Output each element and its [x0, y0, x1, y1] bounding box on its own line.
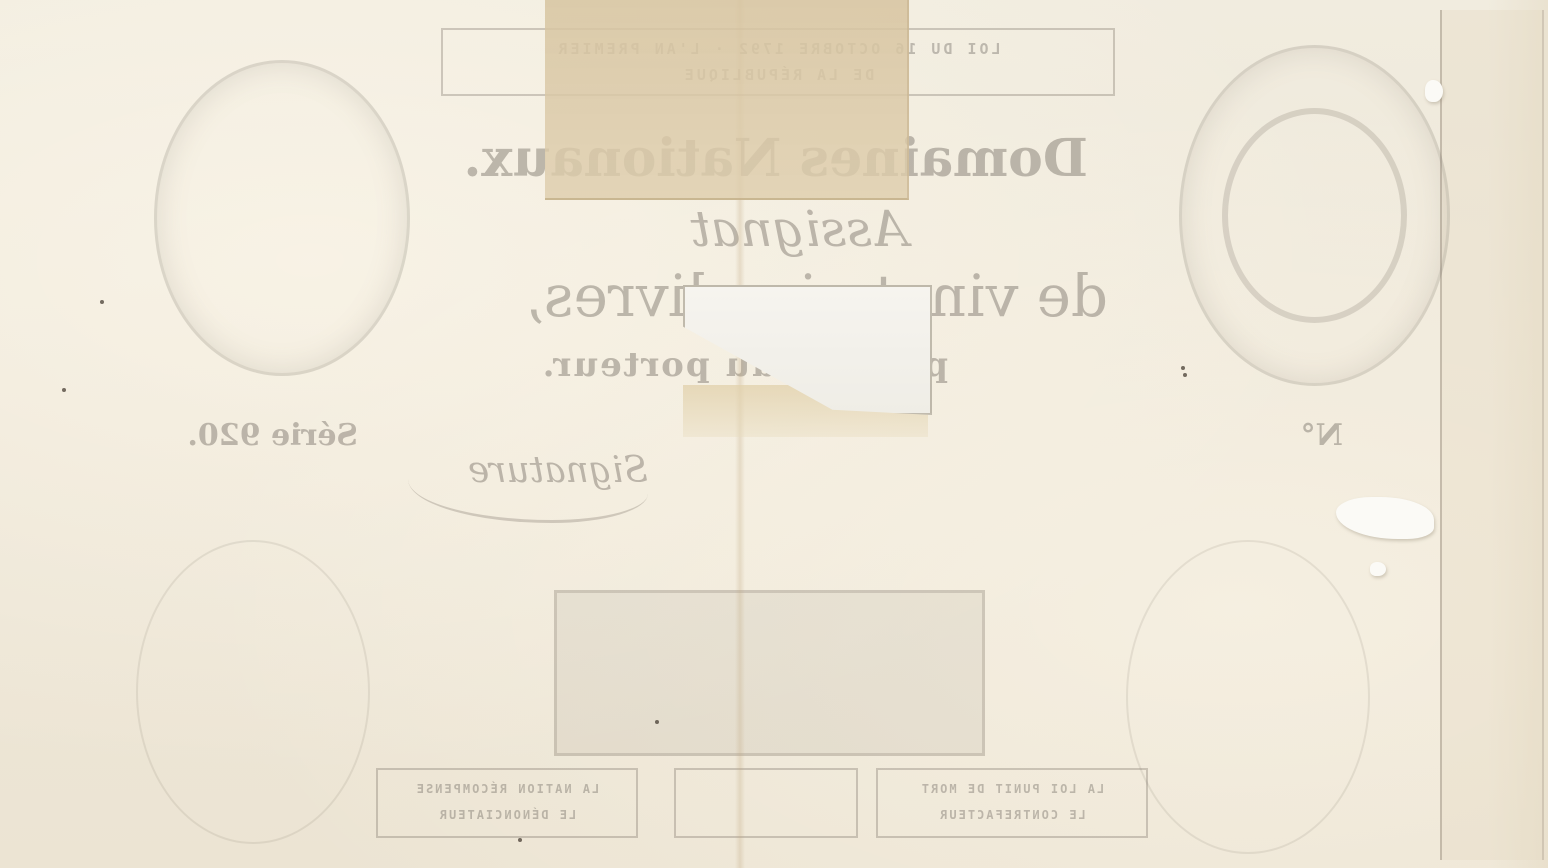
warning-box-left: LA NATION RÉCOMPENSE LE DÉNONCIATEUR [376, 768, 638, 838]
warning-right-line-2: LE CONTREFACTEUR [888, 802, 1136, 828]
center-box [674, 768, 858, 838]
ink-speck [100, 300, 104, 304]
warning-left-line-2: LE DÉNONCIATEUR [388, 802, 626, 828]
ink-speck [62, 388, 66, 392]
warning-left-line-1: LA NATION RÉCOMPENSE [388, 776, 626, 802]
ink-speck [1181, 366, 1185, 370]
watermark-oval-right [1126, 540, 1370, 854]
warning-right-line-1: LA LOI PUNIT DE MORT [888, 776, 1136, 802]
ink-speck [518, 838, 522, 842]
watermark-oval-left [136, 540, 370, 844]
serie-number: Série 920. [187, 418, 358, 453]
medallion-inner-ring [1222, 108, 1407, 323]
warning-box-right: LA LOI PUNIT DE MORT LE CONTREFACTEUR [876, 768, 1148, 838]
banknote-reverse: LOI DU 16 OCTOBRE 1792 · L'AN PREMIER DE… [0, 0, 1548, 868]
numero-label: N° [1301, 418, 1343, 453]
signature: Signature [408, 450, 648, 523]
ink-speck [655, 720, 659, 724]
tape-repair [545, 0, 909, 200]
heading-assignat: Assignat [690, 200, 908, 258]
glue-spot [1425, 80, 1443, 102]
counterfoil-strip [1440, 10, 1544, 860]
medallion-right [1179, 45, 1450, 386]
medallion-left [154, 60, 410, 376]
glue-spot [1370, 562, 1386, 576]
ink-speck [1183, 373, 1187, 377]
dry-seal-vignette [554, 590, 985, 756]
